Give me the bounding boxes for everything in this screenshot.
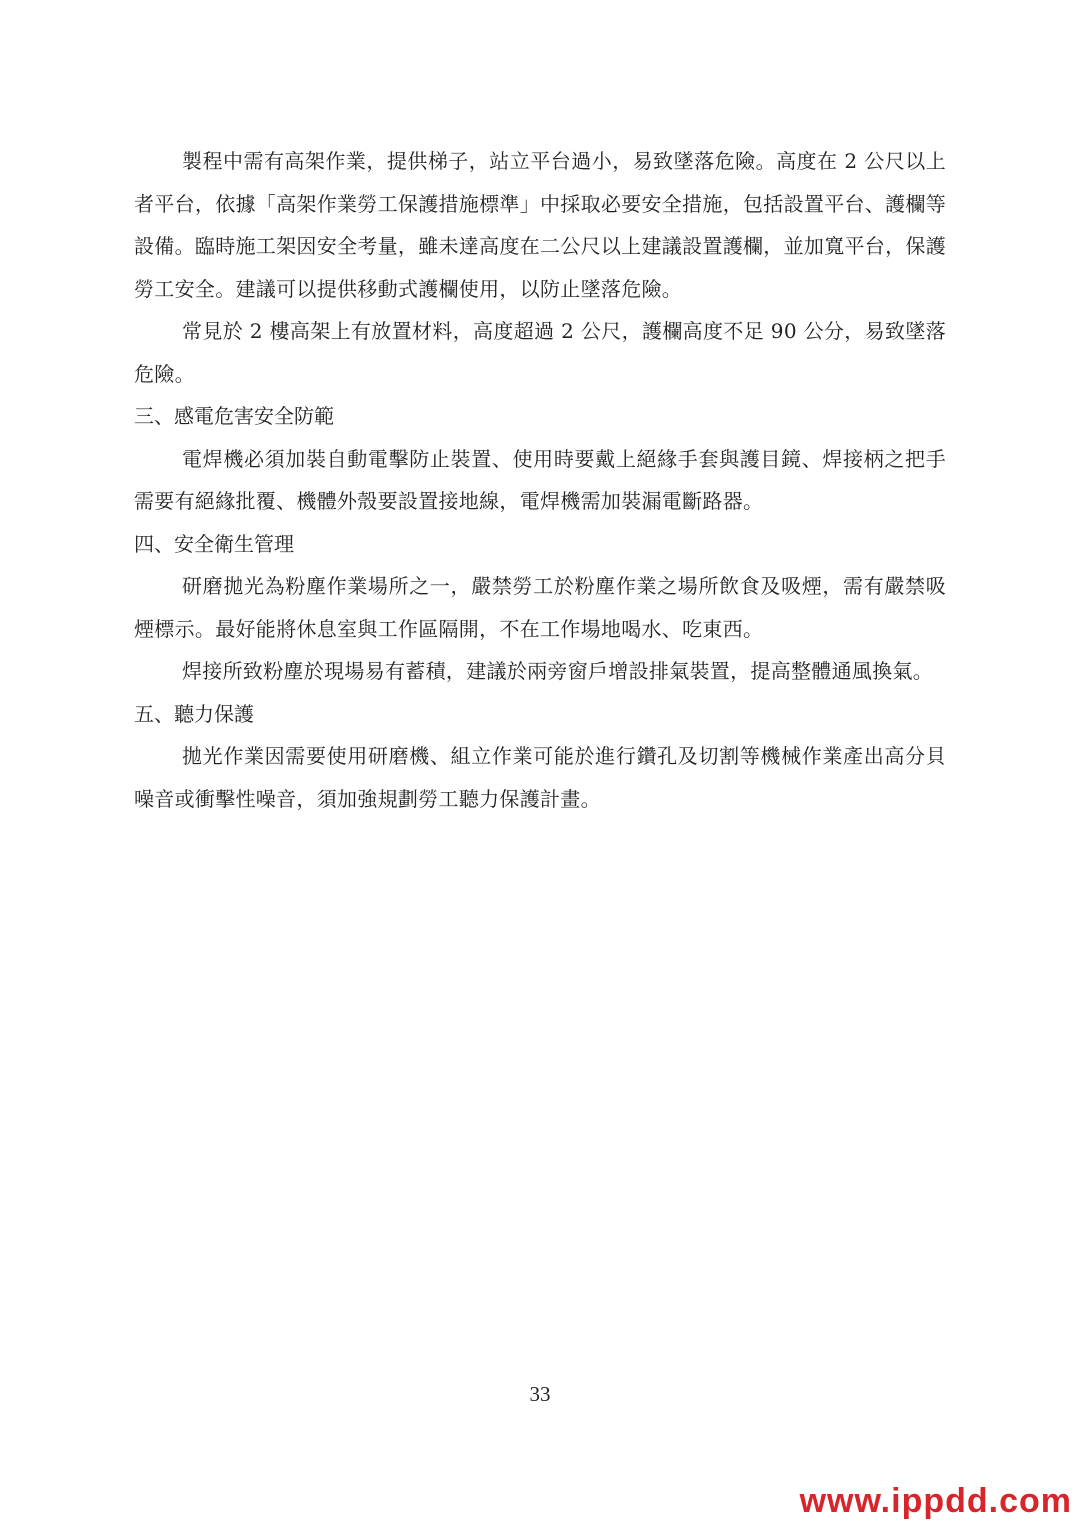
paragraph-dust-work: 研磨拋光為粉塵作業場所之一，嚴禁勞工於粉塵作業之場所飲食及吸煙，需有嚴禁吸煙標示…: [134, 565, 946, 650]
watermark-url: www.ippdd.com: [800, 1482, 1072, 1521]
paragraph-noise: 拋光作業因需要使用研磨機、組立作業可能於進行鑽孔及切割等機械作業產出高分貝噪音或…: [134, 735, 946, 820]
paragraph-welding-dust-ventilation: 焊接所致粉塵於現場易有蓄積，建議於兩旁窗戶增設排氣裝置，提高整體通風換氣。: [134, 650, 946, 693]
section-heading-electrical-safety: 三、感電危害安全防範: [134, 395, 946, 438]
paragraph-elevated-work: 製程中需有高架作業，提供梯子，站立平台過小，易致墜落危險。高度在 2 公尺以上者…: [134, 140, 946, 310]
paragraph-welding-machine: 電焊機必須加裝自動電擊防止裝置、使用時要戴上絕緣手套與護目鏡、焊接柄之把手需要有…: [134, 438, 946, 523]
page-number: 33: [0, 1382, 1080, 1407]
paragraph-second-floor-guardrail: 常見於 2 樓高架上有放置材料，高度超過 2 公尺，護欄高度不足 90 公分，易…: [134, 310, 946, 395]
section-heading-safety-health-management: 四、安全衛生管理: [134, 523, 946, 566]
document-body: 製程中需有高架作業，提供梯子，站立平台過小，易致墜落危險。高度在 2 公尺以上者…: [134, 140, 946, 820]
section-heading-hearing-protection: 五、聽力保護: [134, 693, 946, 736]
